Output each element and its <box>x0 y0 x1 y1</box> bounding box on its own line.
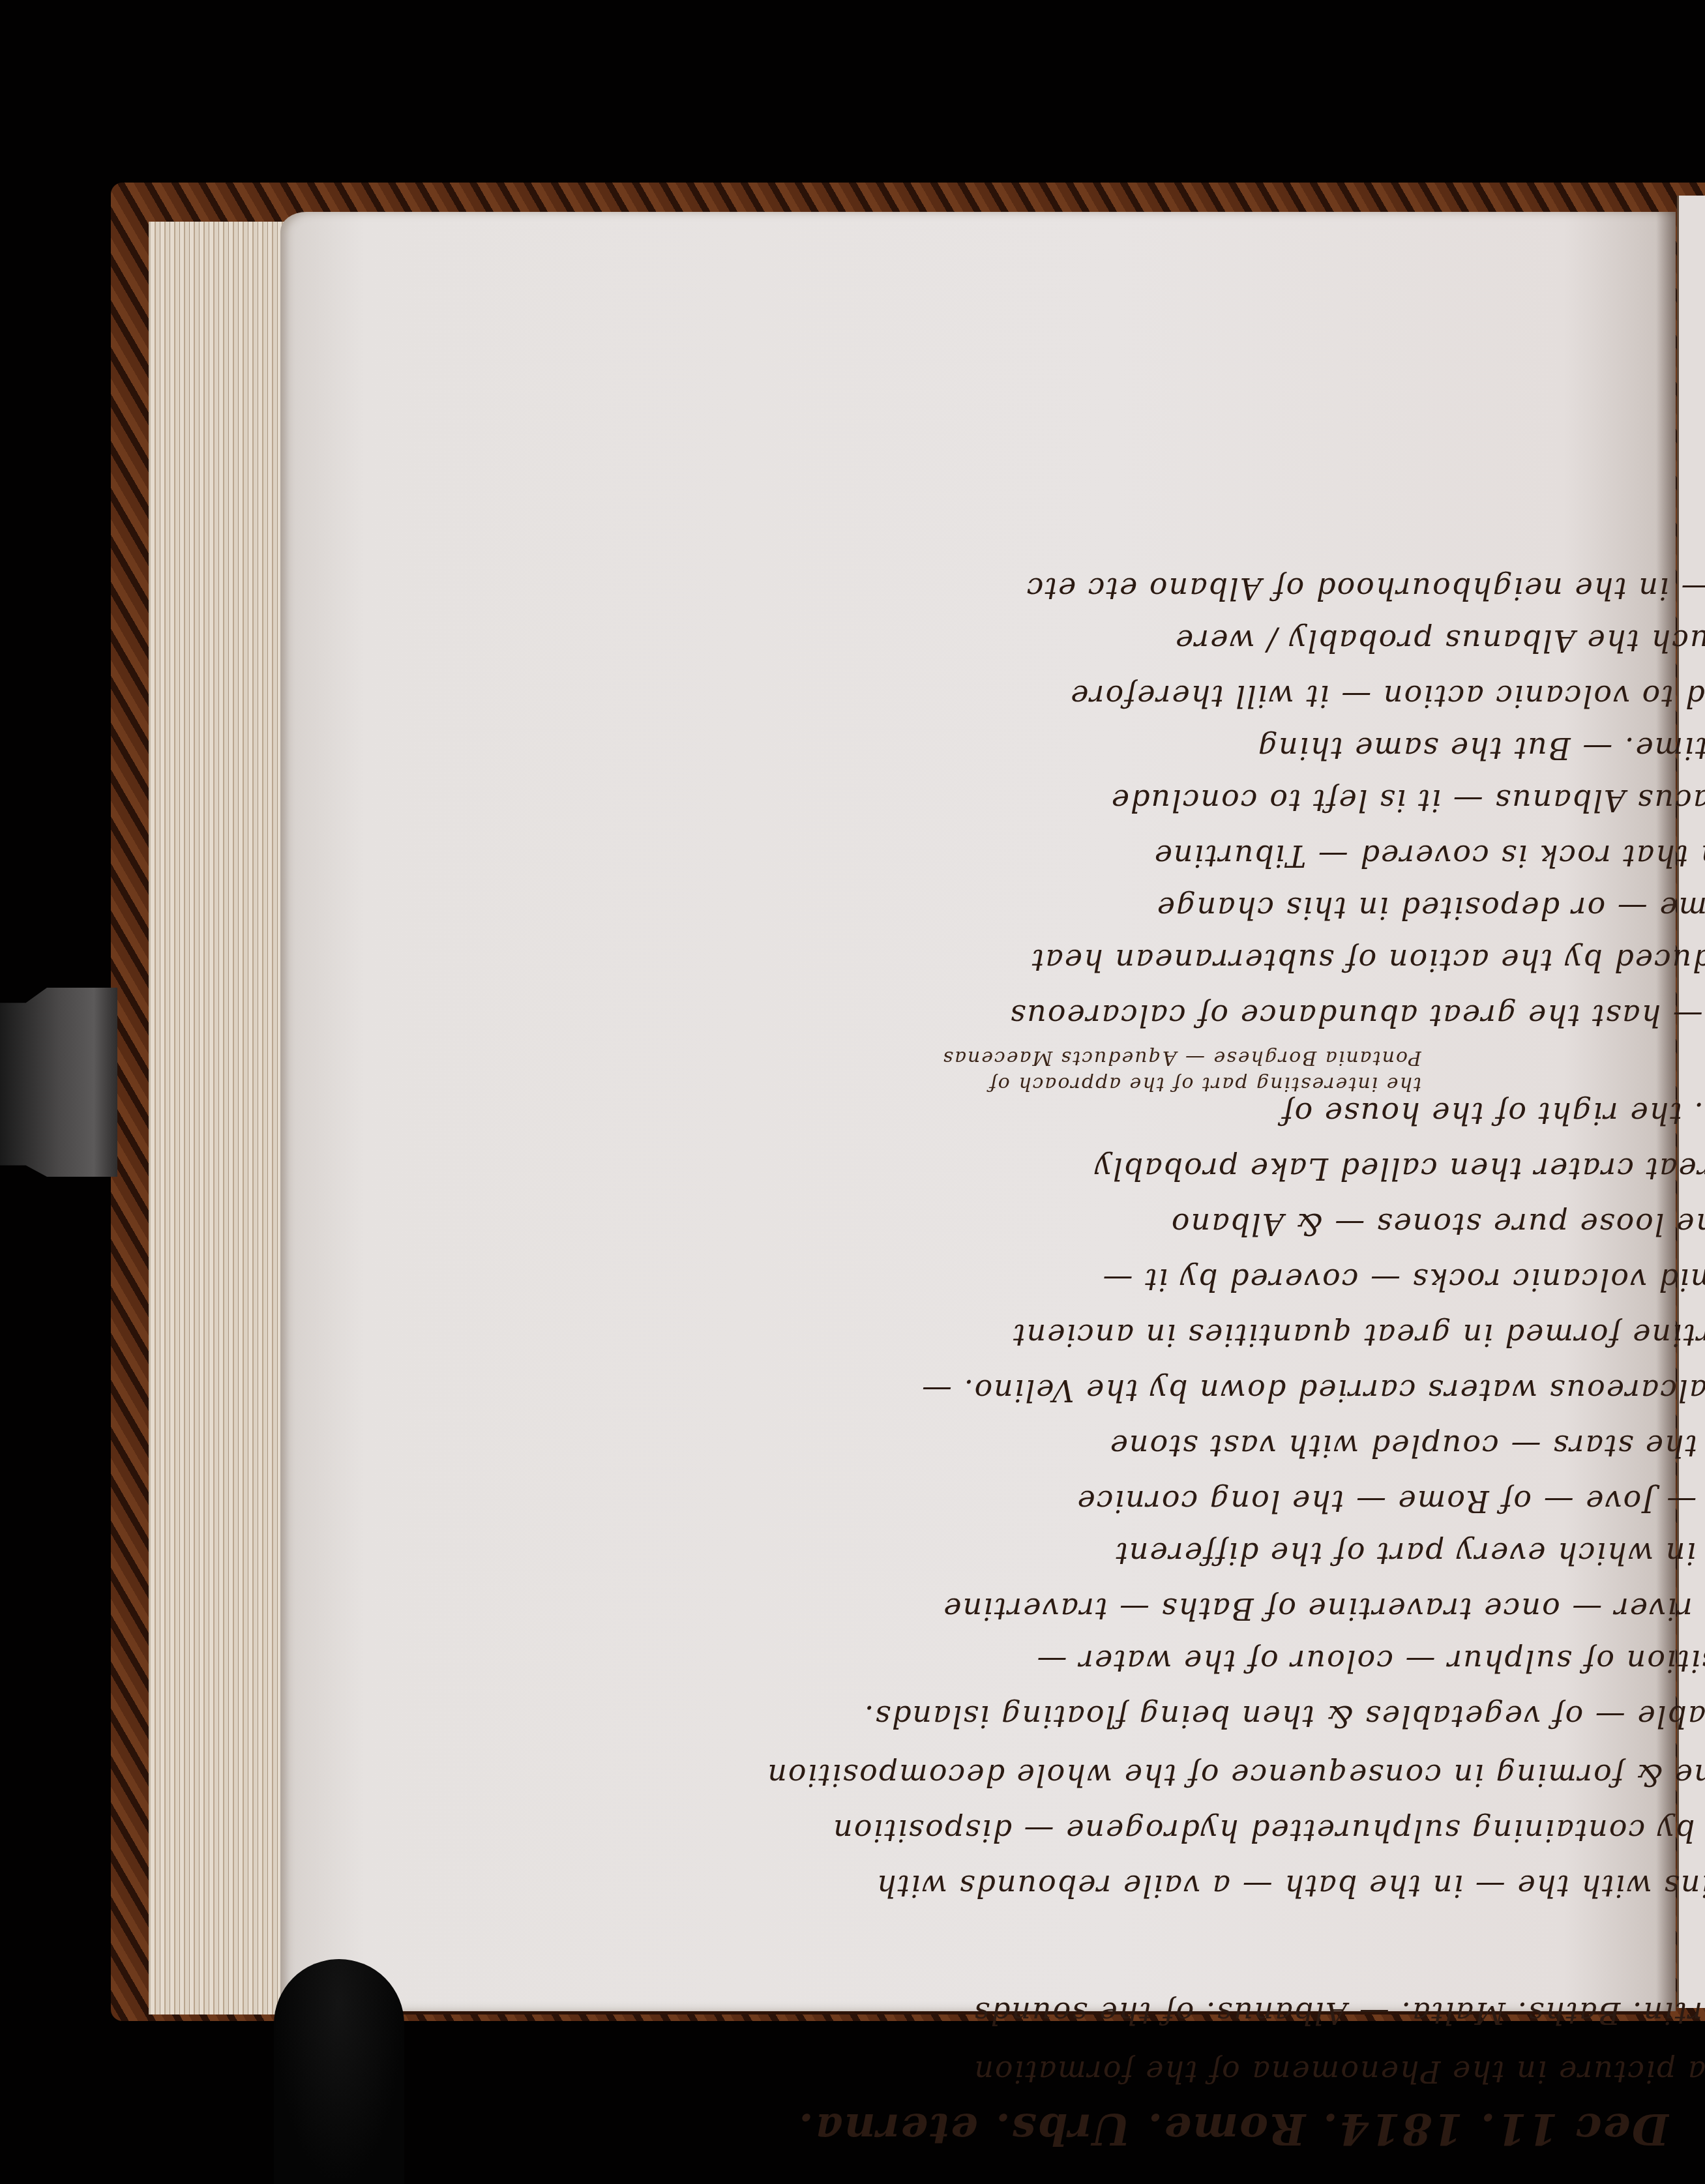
manuscript-line: View of a picture in the Phenomena of th… <box>613 2054 1705 2089</box>
manuscript-line: — Tibur — Jove — of Rome — the long corn… <box>613 1484 1705 1519</box>
interlinear-note: the interesting part of the approach of <box>613 1072 1421 1095</box>
manuscript-line: of the Lacus Albanus — it is left to con… <box>613 783 1705 818</box>
manuscript-line: ·· it begins with the — in the bath — a … <box>613 1868 1705 1904</box>
metal-clasp <box>0 988 117 1177</box>
manuscript-line: at once time. — But the same thing <box>613 731 1705 766</box>
manuscript-line: Baths — river — once travertine of Baths… <box>613 1591 1705 1627</box>
manuscript-line: Time by the stars — coupled with vast st… <box>613 1428 1705 1464</box>
manuscript-page: Dec 11. 1814. Rome. Urbs. eterna. View o… <box>280 212 1676 2011</box>
manuscript-line: — deposition of sulphur — colour of the … <box>613 1644 1705 1679</box>
gloved-fingertip <box>274 1959 404 2184</box>
manuscript-line: — travertine formed in great quantities … <box>613 1318 1705 1353</box>
manuscript-line: and produced by the action of subterrane… <box>613 943 1705 978</box>
manuscript-line: But in the loose pure stones — & Albano <box>613 1207 1705 1242</box>
manuscript-line: produced to volcanic action — it will th… <box>613 679 1705 714</box>
manuscript-line: in which that rock is covered — Tiburtin… <box>613 838 1705 874</box>
manuscript-line: of vegetable — of vegetables & then bein… <box>613 1699 1705 1734</box>
manuscript-line: and — ... the right of the house of <box>613 1096 1705 1131</box>
manuscript-line: remains in which every part of the diffe… <box>613 1536 1705 1571</box>
manuscript-line: in the great crater then called Lake pro… <box>613 1151 1705 1187</box>
handwritten-text-upside-down: Dec 11. 1814. Rome. Urbs. eterna. View o… <box>587 486 1705 2155</box>
manuscript-line: travertine & forming in consequence of t… <box>613 1758 1705 1793</box>
manuscript-line: formed — in the neighbourhood of Albano … <box>613 571 1705 606</box>
page-block-edges <box>149 222 288 2014</box>
manuscript-line: by the calcareous waters carried down by… <box>613 1373 1705 1408</box>
manuscript-line: these much the Albanus probably / were <box>613 623 1705 658</box>
manuscript-line: at the time — or deposited in this chang… <box>613 891 1705 926</box>
entry-heading: Dec 11. 1814. Rome. Urbs. eterna. <box>613 2104 1669 2155</box>
manuscript-line: times amid volcanic rocks — covered by i… <box>613 1262 1705 1297</box>
manuscript-line: white — by containing sulphuretted hydro… <box>613 1813 1705 1848</box>
manuscript-line: of Travertin. Baths. Malta. — Albanus. o… <box>613 1996 1705 2031</box>
manuscript-line: Ulysses — hast the great abundance of ca… <box>613 998 1705 1033</box>
interlinear-note: Pontania Borghese — Aqueducts Maecenas <box>613 1046 1421 1069</box>
